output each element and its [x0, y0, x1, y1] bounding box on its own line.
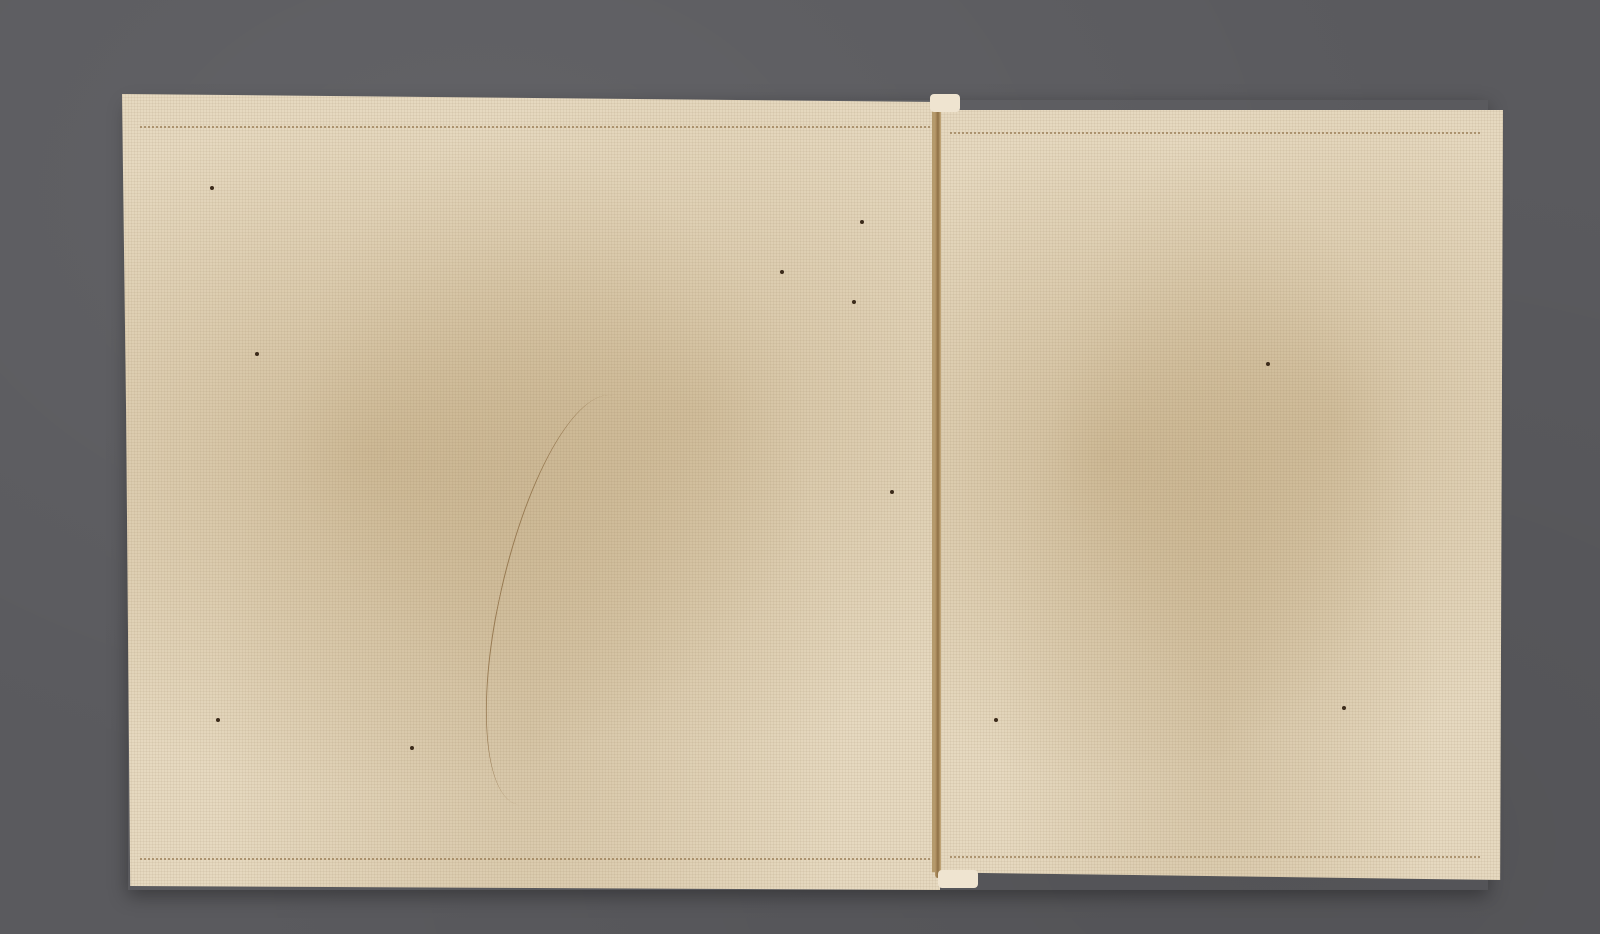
- seam-tab-bottom: [938, 870, 978, 888]
- fabric-speck: [210, 186, 214, 190]
- armband-right-flap: [932, 110, 1503, 880]
- fabric-speck: [852, 300, 856, 304]
- fabric-speck: [860, 220, 864, 224]
- stitch-line: [950, 132, 1480, 134]
- seam-tab-top: [930, 94, 960, 112]
- fabric-speck: [1266, 362, 1270, 366]
- fabric-speck: [255, 352, 259, 356]
- fabric-speck: [994, 718, 998, 722]
- stitch-line: [950, 856, 1480, 858]
- fold-seam: [935, 98, 941, 878]
- stitch-line: [140, 126, 930, 128]
- stitch-line: [140, 858, 930, 860]
- fabric-speck: [1342, 706, 1346, 710]
- fabric-speck: [216, 718, 220, 722]
- fabric-speck: [890, 490, 894, 494]
- fabric-speck: [780, 270, 784, 274]
- fabric-speck: [410, 746, 414, 750]
